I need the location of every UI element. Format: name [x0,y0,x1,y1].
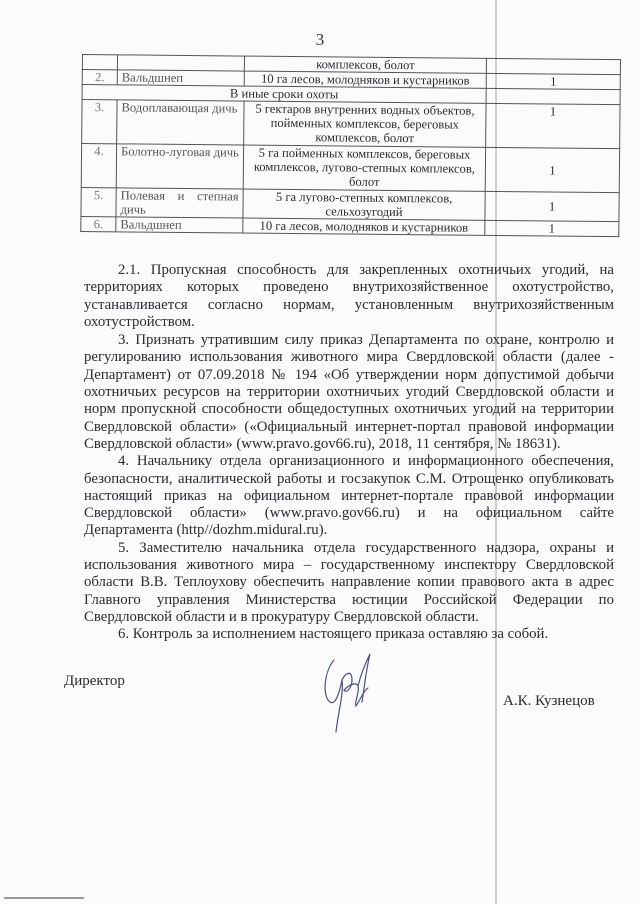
table-cell-desc: 10 га лесов, молодняков и кустарников [243,218,485,235]
table-cell-desc: 5 га пойменных комплексов, береговых ком… [243,145,485,191]
hunting-norms-table: комплексов, болот 2. Вальдшнеп 10 га лес… [80,54,621,237]
table-cell-value: 1 [486,103,620,148]
table-cell-num: 6. [81,216,116,231]
signatory-role: Директор [64,673,125,690]
table-cell-value: 1 [485,191,619,221]
table-cell-num: 2. [82,70,117,85]
table-cell-name: Вальдшнеп [117,70,244,86]
signatory-name: А.К. Кузнецов [503,693,595,710]
paragraph-3: 3. Признать утратившим силу приказ Депар… [84,332,614,453]
handwritten-signature [320,650,380,735]
paragraph-4: 4. Начальнику отдела организационного и … [84,453,614,539]
table-cell-name: Полевая и степная дичь [116,188,243,218]
table-cell-name: Вальдшнеп [116,217,243,233]
paragraph-6: 6. Контроль за исполнением настоящего пр… [84,626,614,643]
scan-edge-mark [4,897,84,899]
page-number: 3 [0,30,640,50]
table-cell-name: Водоплавающая дичь [117,100,244,145]
table-cell-value: 1 [485,220,619,236]
table-cell-num: 5. [81,187,116,216]
body-text: 2.1. Пропускная способность для закрепле… [84,262,614,644]
paragraph-5: 5. Заместителю начальника отдела государ… [84,540,614,626]
table-cell-desc: 10 га лесов, молодняков и кустарников [244,71,486,88]
table-cell-value: 1 [486,73,620,89]
table-cell-num: 4. [81,144,116,188]
table-cell-name: Болотно-луговая дичь [116,144,243,189]
table-cell-value: 1 [485,147,619,192]
table-cell-desc: 5 гектаров внутренних водных объектов, п… [244,101,486,147]
table-row: 4. Болотно-луговая дичь 5 га пойменных к… [81,144,619,193]
table-row: 3. Водоплавающая дичь 5 гектаров внутрен… [82,100,620,149]
table-cell-num: 3. [82,100,117,144]
table-cell-desc: 5 га лугово-степных комплексов, сельхозу… [243,189,485,220]
paragraph-2-1: 2.1. Пропускная способность для закрепле… [84,262,614,331]
